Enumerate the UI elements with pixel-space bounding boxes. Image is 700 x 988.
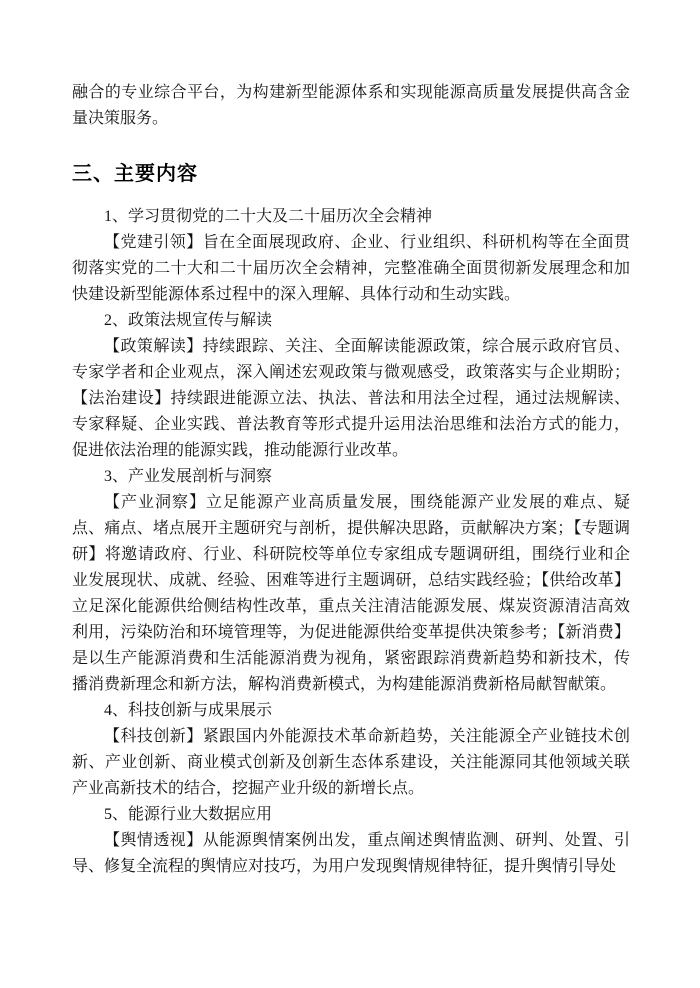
item-body-4: 【科技创新】紧跟国内外能源技术革命新趋势，关注能源全产业链技术创新、产业创新、商… (72, 724, 630, 802)
document-page: 融合的专业综合平台，为构建新型能源体系和实现能源高质量发展提供高含金量决策服务。… (0, 0, 700, 988)
item-title-5: 5、能源行业大数据应用 (72, 802, 630, 828)
item-body-3: 【产业洞察】立足能源产业高质量发展，围绕能源产业发展的难点、疑点、痛点、堵点展开… (72, 490, 630, 698)
item-title-2: 2、政策法规宣传与解读 (72, 308, 630, 334)
continued-paragraph: 融合的专业综合平台，为构建新型能源体系和实现能源高质量发展提供高含金量决策服务。 (72, 80, 630, 132)
item-title-1: 1、学习贯彻党的二十大及二十届历次全会精神 (72, 204, 630, 230)
item-body-1: 【党建引领】旨在全面展现政府、企业、行业组织、科研机构等在全面贯彻落实党的二十大… (72, 230, 630, 308)
item-title-4: 4、科技创新与成果展示 (72, 698, 630, 724)
item-body-5: 【舆情透视】从能源舆情案例出发，重点阐述舆情监测、研判、处置、引导、修复全流程的… (72, 828, 630, 880)
item-title-3: 3、产业发展剖析与洞察 (72, 464, 630, 490)
item-body-2: 【政策解读】持续跟踪、关注、全面解读能源政策，综合展示政府官员、专家学者和企业观… (72, 334, 630, 464)
section-heading: 三、主要内容 (72, 161, 630, 187)
